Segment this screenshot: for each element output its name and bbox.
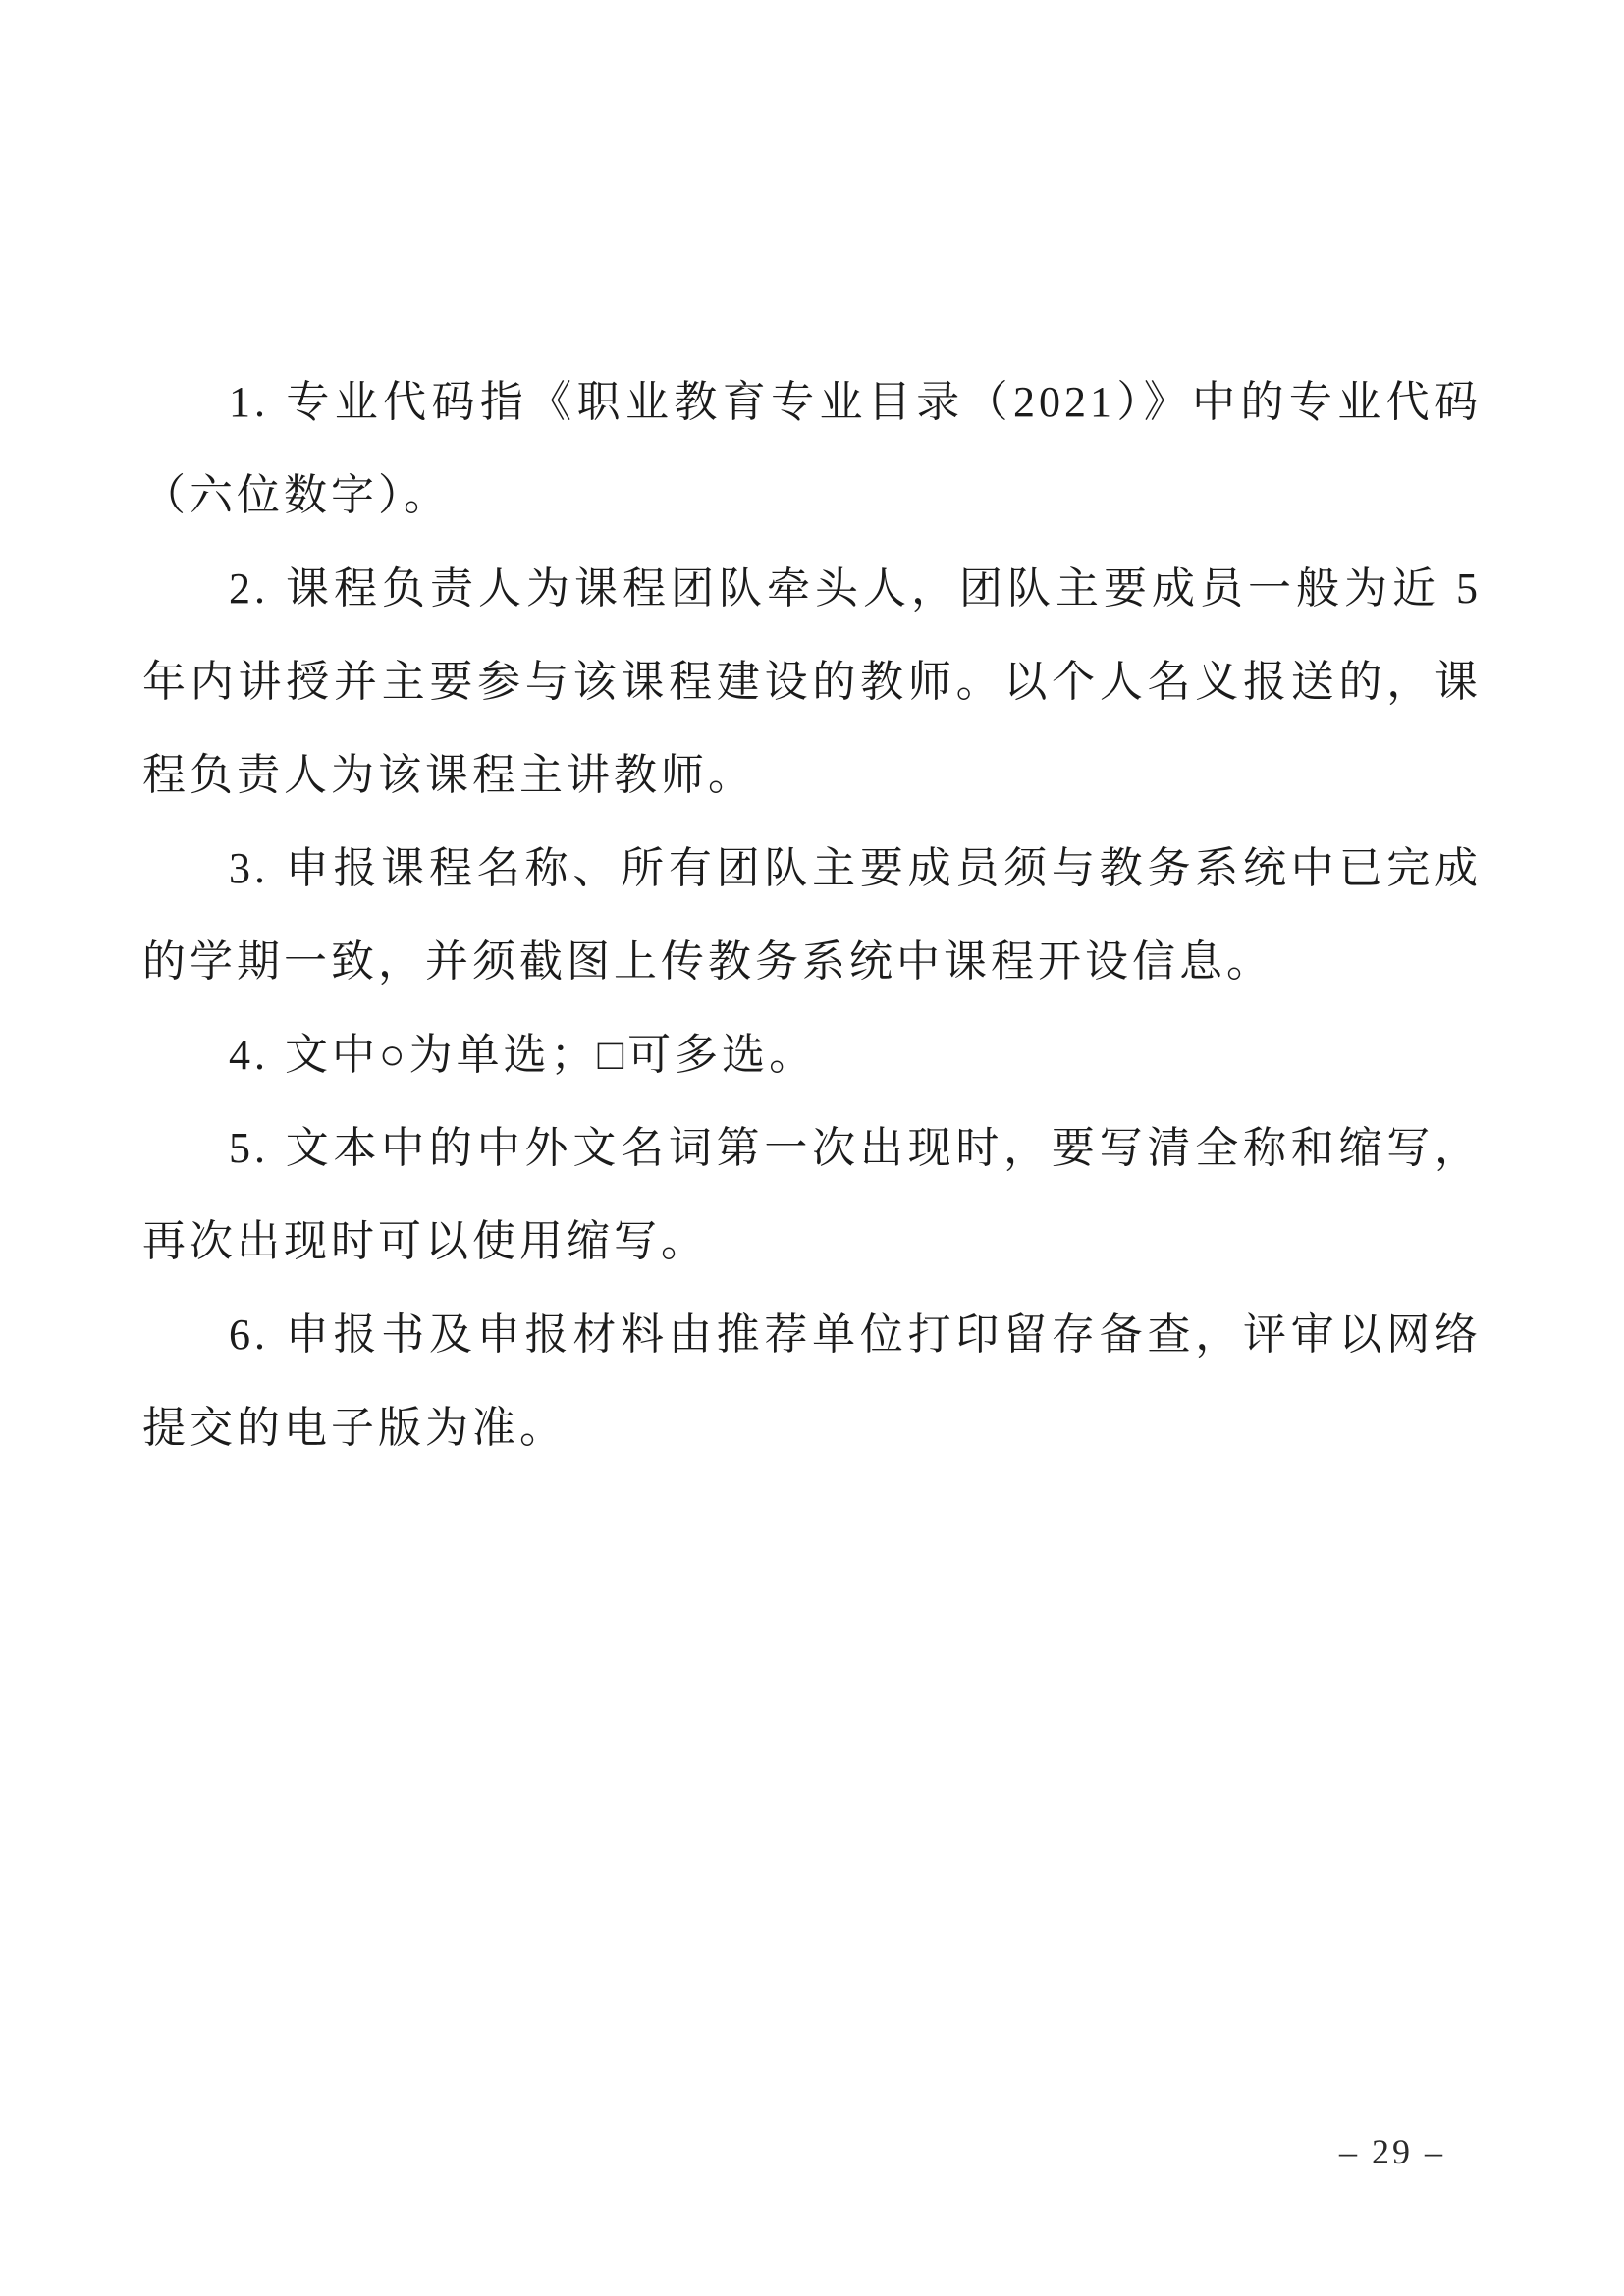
note-text: 文中○为单选；□可多选。 <box>285 1031 816 1079</box>
note-text: 课程负责人为课程团队牵头人，团队主要成员一般为近 5 年内讲授并主要参与该课程建… <box>142 564 1482 799</box>
note-item-5: 5.文本中的中外文名词第一次出现时，要写清全称和缩写，再次出现时可以使用缩写。 <box>142 1101 1482 1288</box>
note-marker: 6. <box>229 1310 269 1359</box>
note-marker: 1. <box>229 378 269 426</box>
note-text: 专业代码指《职业教育专业目录（2021）》中的专业代码（六位数字）。 <box>142 378 1482 519</box>
note-item-4: 4.文中○为单选；□可多选。 <box>142 1008 1482 1101</box>
page-number: – 29 – <box>1339 2128 1445 2175</box>
note-item-3: 3.申报课程名称、所有团队主要成员须与教务系统中已完成的学期一致，并须截图上传教… <box>142 822 1482 1008</box>
note-item-1: 1.专业代码指《职业教育专业目录（2021）》中的专业代码（六位数字）。 <box>142 355 1482 542</box>
note-item-2: 2.课程负责人为课程团队牵头人，团队主要成员一般为近 5 年内讲授并主要参与该课… <box>142 542 1482 822</box>
note-marker: 4. <box>229 1031 269 1079</box>
note-item-6: 6.申报书及申报材料由推荐单位打印留存备查，评审以网络提交的电子版为准。 <box>142 1288 1482 1474</box>
note-text: 申报课程名称、所有团队主要成员须与教务系统中已完成的学期一致，并须截图上传教务系… <box>142 844 1482 986</box>
note-marker: 3. <box>229 844 269 892</box>
notes-section: 1.专业代码指《职业教育专业目录（2021）》中的专业代码（六位数字）。 2.课… <box>142 355 1482 1474</box>
note-text: 文本中的中外文名词第一次出现时，要写清全称和缩写，再次出现时可以使用缩写。 <box>142 1124 1482 1265</box>
note-marker: 5. <box>229 1124 269 1172</box>
note-text: 申报书及申报材料由推荐单位打印留存备查，评审以网络提交的电子版为准。 <box>142 1310 1482 1452</box>
note-marker: 2. <box>229 564 269 613</box>
document-page: 1.专业代码指《职业教育专业目录（2021）》中的专业代码（六位数字）。 2.课… <box>0 0 1624 2296</box>
